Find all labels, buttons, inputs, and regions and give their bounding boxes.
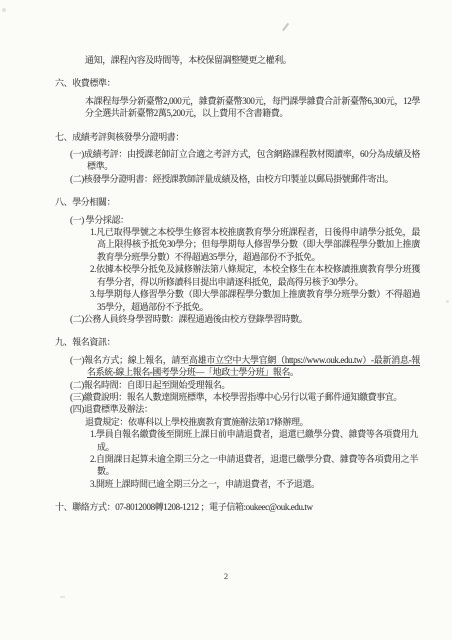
registration-method: (一)報名方式；線上報名，請至高雄市立空中大學官網（https://www.ou… [70,354,420,379]
document-section: 九、報名資訊：(一)報名方式；線上報名，請至高雄市立空中大學官網（https:/… [0,336,452,490]
scan-artifact-speck [2,8,6,12]
scan-artifact-speck [60,596,65,598]
paragraph-text: 。 [290,367,299,377]
document-section: 七、成績考評與核發學分證明書：(一)成績考評：由授課老師訂立合適之考評方式，包含… [0,131,452,186]
section-heading: 九、報名資訊： [55,336,425,348]
intro-continuation-line: 通知，課程內容及時間等，本校保留調整變更之權利。 [85,54,420,66]
credit-rule-2: 2.依據本校學分抵免及減修辦法第八條規定，本校全修生在本校修讀推廣教育學分班獲有… [90,263,420,288]
refund-rule-1: 1.學員自報名繳費後至開班上課日前申請退費者，退還已繳學分費、雜費等各項費用九成… [90,428,418,453]
registration-time: (二)報名時間：自即日起至開始受理報名。 [70,379,420,391]
payment-instructions: (三)繳費說明：報名人數達開班標準，本校學習指導中心另行以電子郵件通知繳費事宜。 [70,391,420,403]
page-number: 2 [0,570,452,582]
section-heading: 十、聯絡方式：07-8012008轉1208-1212 ；電子信箱:oukeec… [55,501,425,513]
section-heading: 七、成績考評與核發學分證明書： [55,131,425,143]
refund-policy-title: (四)退費標準及辦法： [70,403,420,415]
paragraph-text: (一)報名方式；線上報名，請至 [70,355,189,365]
credit-rule-1: 1.凡已取得學號之本校學生修習本校推廣教育學分班課程者，日後得申請學分抵免，最高… [90,226,420,263]
document-section: 十、聯絡方式：07-8012008轉1208-1212 ；電子信箱:oukeec… [0,501,452,513]
section-heading: 六、收費標準： [55,77,425,89]
document-section: 八、學分相關：(一) 學分採認：1.凡已取得學號之本校學生修習本校推廣教育學分班… [0,196,452,325]
refund-rule-3: 3.開班上課時間已逾全期三分之一，申請退費者，不予退還。 [90,478,418,490]
section-heading: 八、學分相關： [55,196,425,208]
grading-item-1: (一)成績考評：由授課老師訂立合適之考評方式，包含網路課程教材閱讀率，60分為成… [70,148,420,173]
grading-item-2: (二)核發學分證明書：經授課教師評量成績及格，由校方印製並以郵局掛號郵件寄出。 [70,173,420,185]
scan-artifact-stroke [282,23,289,31]
credit-recognition-title: (一) 學分採認： [70,214,420,226]
document-content: 通知，課程內容及時間等，本校保留調整變更之權利。 六、收費標準：本課程每學分新臺… [0,54,452,519]
refund-regulation: 退費規定：依專科以上學校推廣教育實施辦法第17條辦理。 [85,416,420,428]
fee-description: 本課程每學分新臺幣2,000元，雜費新臺幣300元，每門課學雜費合計新臺幣6,3… [85,95,420,120]
credit-rule-3: 3.每學期每人修習學分數（即大學部課程學分數加上推廣教育學分班學分數）不得超過3… [90,288,420,313]
scanned-document-page: 通知，課程內容及時間等，本校保留調整變更之權利。 六、收費標準：本課程每學分新臺… [0,0,452,640]
refund-rule-2: 2.自開課日起算未逾全期三分之一申請退費者，退還已繳學分費、雜費等各項費用之半數… [90,453,418,478]
document-section: 六、收費標準：本課程每學分新臺幣2,000元，雜費新臺幣300元，每門課學雜費合… [0,77,452,119]
lifelong-learning-hours: (二)公務人員終身學習時數：課程通過後由校方登錄學習時數。 [70,313,420,325]
sections-container: 六、收費標準：本課程每學分新臺幣2,000元，雜費新臺幣300元，每門課學雜費合… [0,77,452,513]
